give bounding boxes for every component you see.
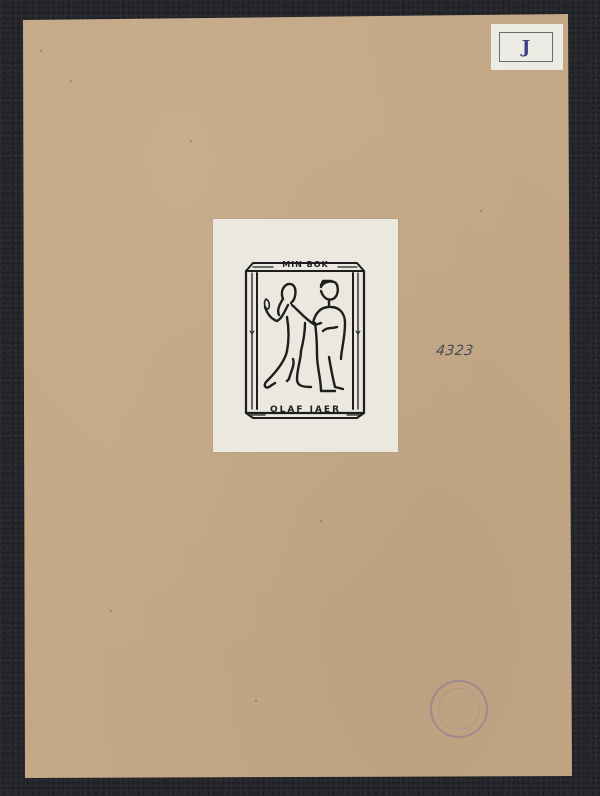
paper-speck [110, 610, 112, 612]
paper-speck [480, 210, 482, 212]
bookplate-bottom-text: OLAF JAER [213, 405, 398, 415]
scan-background: J [0, 0, 600, 796]
frame-outer [246, 271, 364, 413]
paper-speck [40, 50, 42, 52]
paper-speck [190, 140, 192, 142]
inventory-number: 4323 [435, 343, 474, 359]
stamp-inner-ring [438, 688, 480, 730]
paper-speck [70, 80, 72, 82]
collection-stamp [430, 680, 488, 738]
paper-speck [320, 520, 322, 522]
bookplate-engraving [213, 219, 398, 452]
catalog-label-tag: J [491, 24, 563, 70]
ex-libris-bookplate: MIN BOK OLAF JAER [213, 219, 398, 452]
bookplate-top-text: MIN BOK [213, 260, 398, 269]
man-figure [313, 281, 345, 391]
paper-speck [255, 700, 257, 702]
woman-figure [265, 284, 321, 388]
catalog-letter: J [499, 32, 553, 62]
